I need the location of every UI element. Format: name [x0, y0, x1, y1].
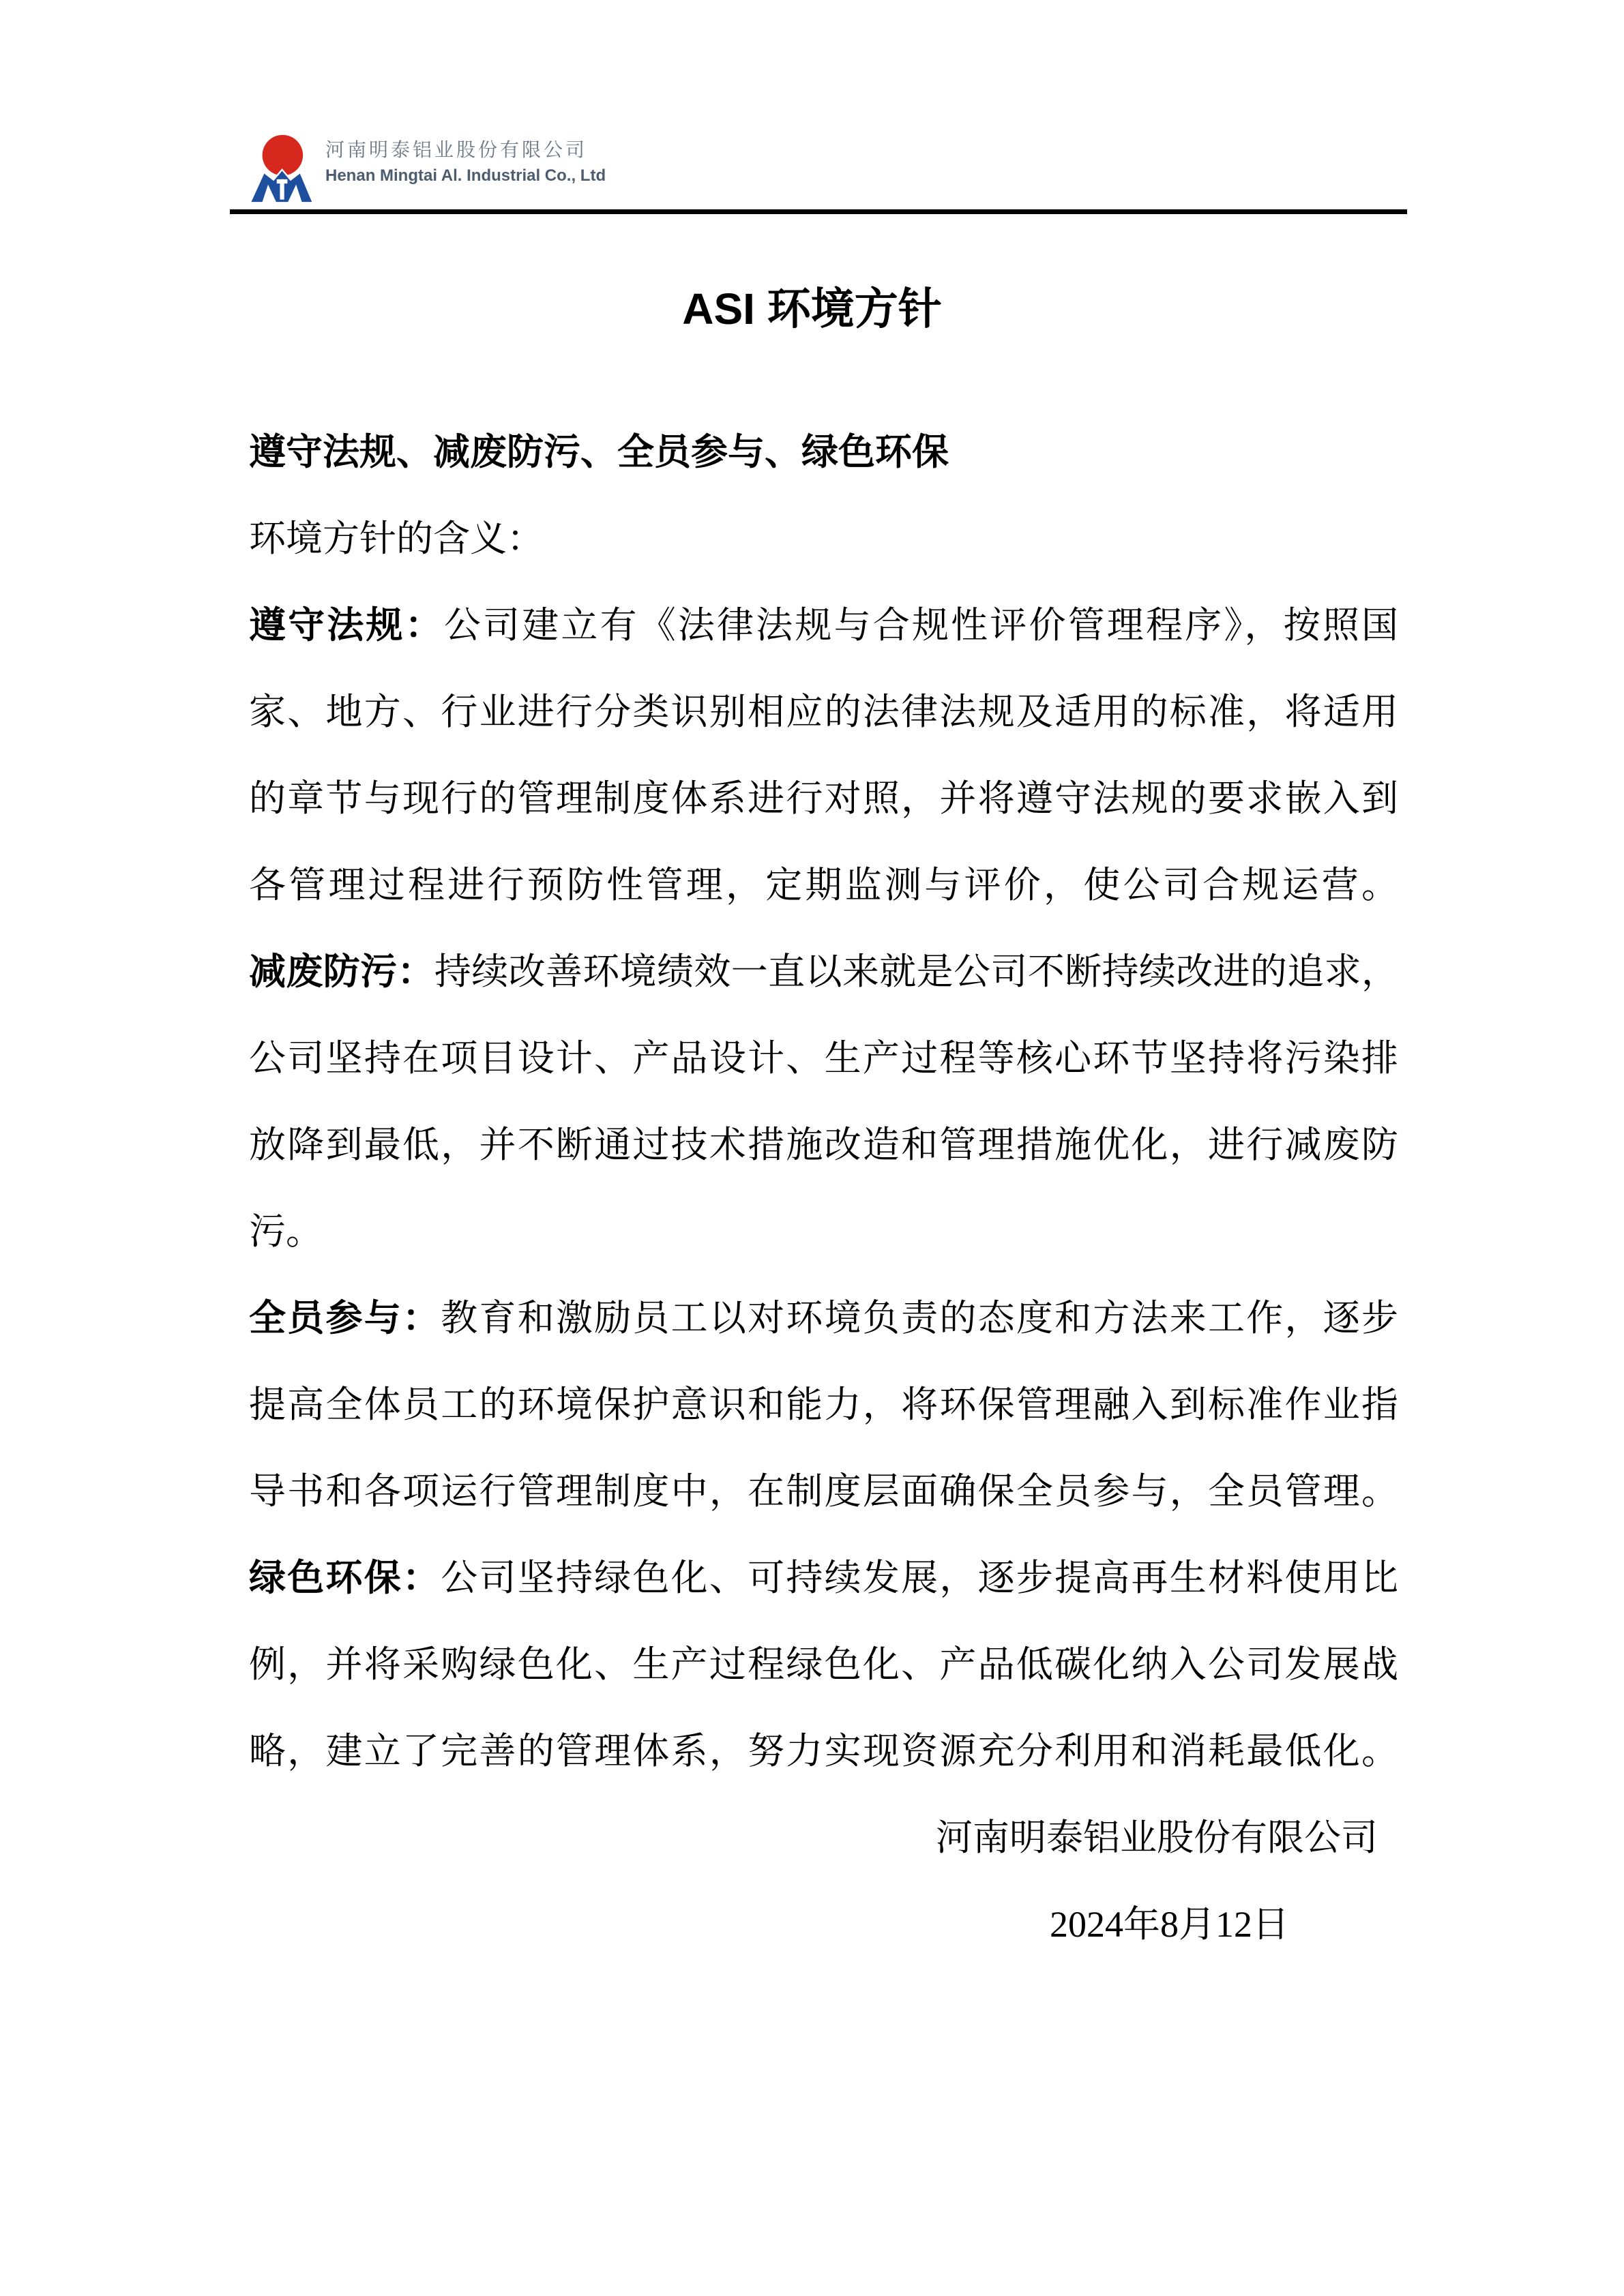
company-lockup: 河南明泰铝业股份有限公司 Henan Mingtai Al. Industria…	[325, 131, 606, 188]
run-in-label: 减废防污：	[249, 951, 434, 992]
logo-t-stem	[280, 179, 284, 200]
letterhead: 河南明泰铝业股份有限公司 Henan Mingtai Al. Industria…	[249, 131, 606, 207]
company-logo-icon	[249, 131, 313, 207]
company-name-en: Henan Mingtai Al. Industrial Co., Ltd	[325, 164, 606, 188]
text-line: 各管理过程进行预防性管理，定期监测与评价，使公司合规运营。	[249, 842, 1398, 929]
document-page: 河南明泰铝业股份有限公司 Henan Mingtai Al. Industria…	[0, 0, 1624, 2296]
text-line: 公司坚持在项目设计、产品设计、生产过程等核心环节坚持将污染排	[249, 1015, 1398, 1102]
text-line: 减废防污：持续改善环境绩效一直以来就是公司不断持续改进的追求，	[249, 929, 1398, 1015]
text-line: 2024年8月12日	[249, 1881, 1398, 1968]
text-line: 家、地方、行业进行分类识别相应的法律法规及适用的标准，将适用	[249, 669, 1398, 756]
text-line: 的章节与现行的管理制度体系进行对照，并将遵守法规的要求嵌入到	[249, 756, 1398, 842]
text-line: 略，建立了完善的管理体系，努力实现资源充分利用和消耗最低化。	[249, 1708, 1398, 1795]
text-line: 遵守法规、减废防污、全员参与、绿色环保	[249, 409, 1398, 496]
text-line: 河南明泰铝业股份有限公司	[249, 1795, 1398, 1881]
text-line: 遵守法规：公司建立有《法律法规与合规性评价管理程序》，按照国	[249, 582, 1398, 669]
text-line: 提高全体员工的环境保护意识和能力，将环保管理融入到标准作业指	[249, 1362, 1398, 1448]
page-title: ASI 环境方针	[0, 278, 1624, 340]
text-line: 例，并将采购绿色化、生产过程绿色化、产品低碳化纳入公司发展战	[249, 1622, 1398, 1708]
company-name-cn: 河南明泰铝业股份有限公司	[325, 136, 606, 164]
run-in-label: 绿色环保：	[249, 1557, 441, 1598]
text-line: 绿色环保：公司坚持绿色化、可持续发展，逐步提高再生材料使用比	[249, 1535, 1398, 1622]
document-body: 遵守法规、减废防污、全员参与、绿色环保环境方针的含义：遵守法规：公司建立有《法律…	[249, 409, 1398, 1968]
header-divider	[230, 209, 1407, 214]
run-in-label: 遵守法规：	[249, 605, 444, 646]
text-line: 污。	[249, 1189, 1398, 1275]
text-line: 导书和各项运行管理制度中，在制度层面确保全员参与，全员管理。	[249, 1448, 1398, 1535]
text-line: 环境方针的含义：	[249, 496, 1398, 582]
run-in-label: 全员参与：	[249, 1298, 441, 1339]
text-line: 放降到最低，并不断通过技术措施改造和管理措施优化，进行减废防	[249, 1102, 1398, 1189]
text-line: 全员参与：教育和激励员工以对环境负责的态度和方法来工作，逐步	[249, 1275, 1398, 1362]
